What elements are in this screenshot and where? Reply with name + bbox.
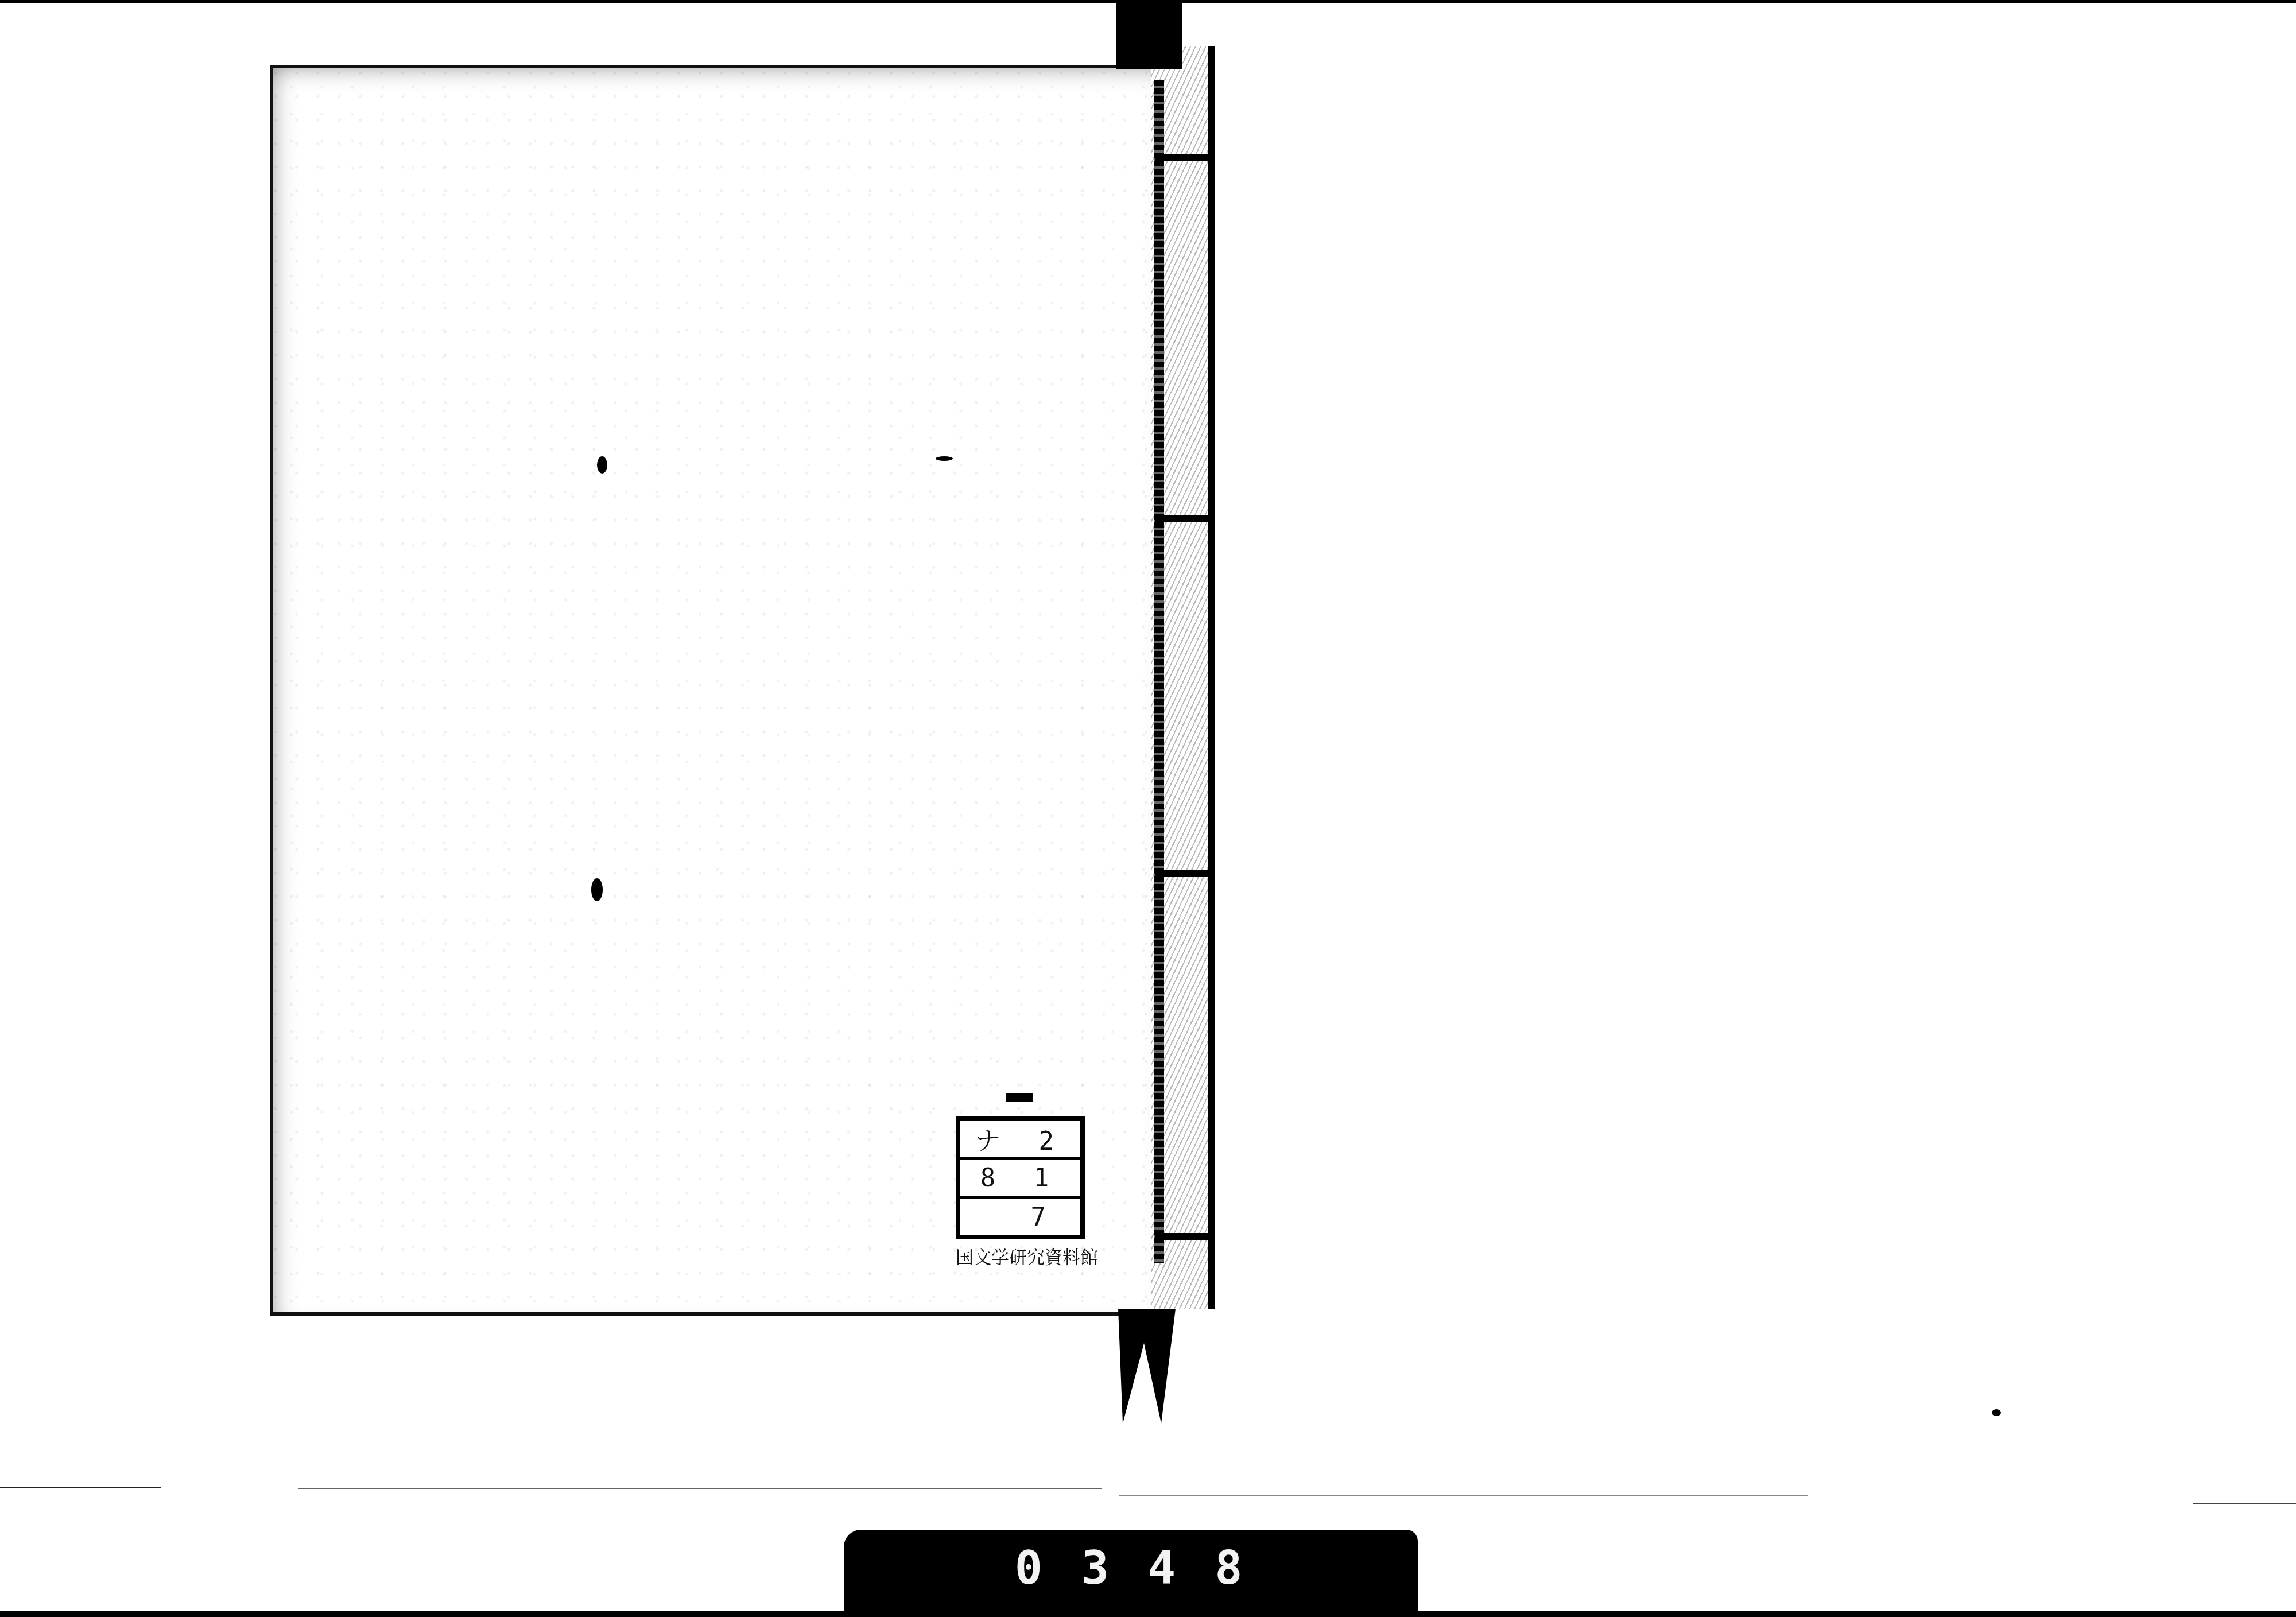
scan-edge-line — [298, 1488, 1102, 1489]
frame-number: 0348 — [1015, 1541, 1282, 1595]
scan-bottom-border — [0, 1611, 2296, 1617]
binding-thread — [1154, 80, 1164, 1263]
scan-edge-line — [2193, 1503, 2296, 1504]
clip-bottom — [1118, 1309, 1176, 1424]
binding-tie — [1155, 1233, 1208, 1240]
scan-edge-line — [1119, 1495, 1808, 1496]
binding-tie — [1155, 154, 1208, 161]
label-row: 8 1 — [960, 1160, 1080, 1199]
scan-edge-line — [0, 1487, 161, 1488]
stain-mark — [597, 456, 607, 474]
library-call-number-label: ナ 2 8 1 7 国文学研究資料館 — [956, 1116, 1085, 1269]
clip-top — [1116, 0, 1182, 69]
label-row: 7 — [960, 1199, 1080, 1235]
stain-mark — [591, 878, 603, 901]
binding-tie — [1155, 870, 1208, 877]
stain-mark — [1992, 1409, 2001, 1416]
frame-number-plate: 0348 — [844, 1530, 1418, 1617]
binding-tie — [1155, 515, 1208, 522]
ink-mark — [1006, 1093, 1033, 1102]
label-row: ナ 2 — [960, 1121, 1080, 1160]
label-institution: 国文学研究資料館 — [956, 1243, 1085, 1269]
stain-mark — [936, 456, 953, 461]
